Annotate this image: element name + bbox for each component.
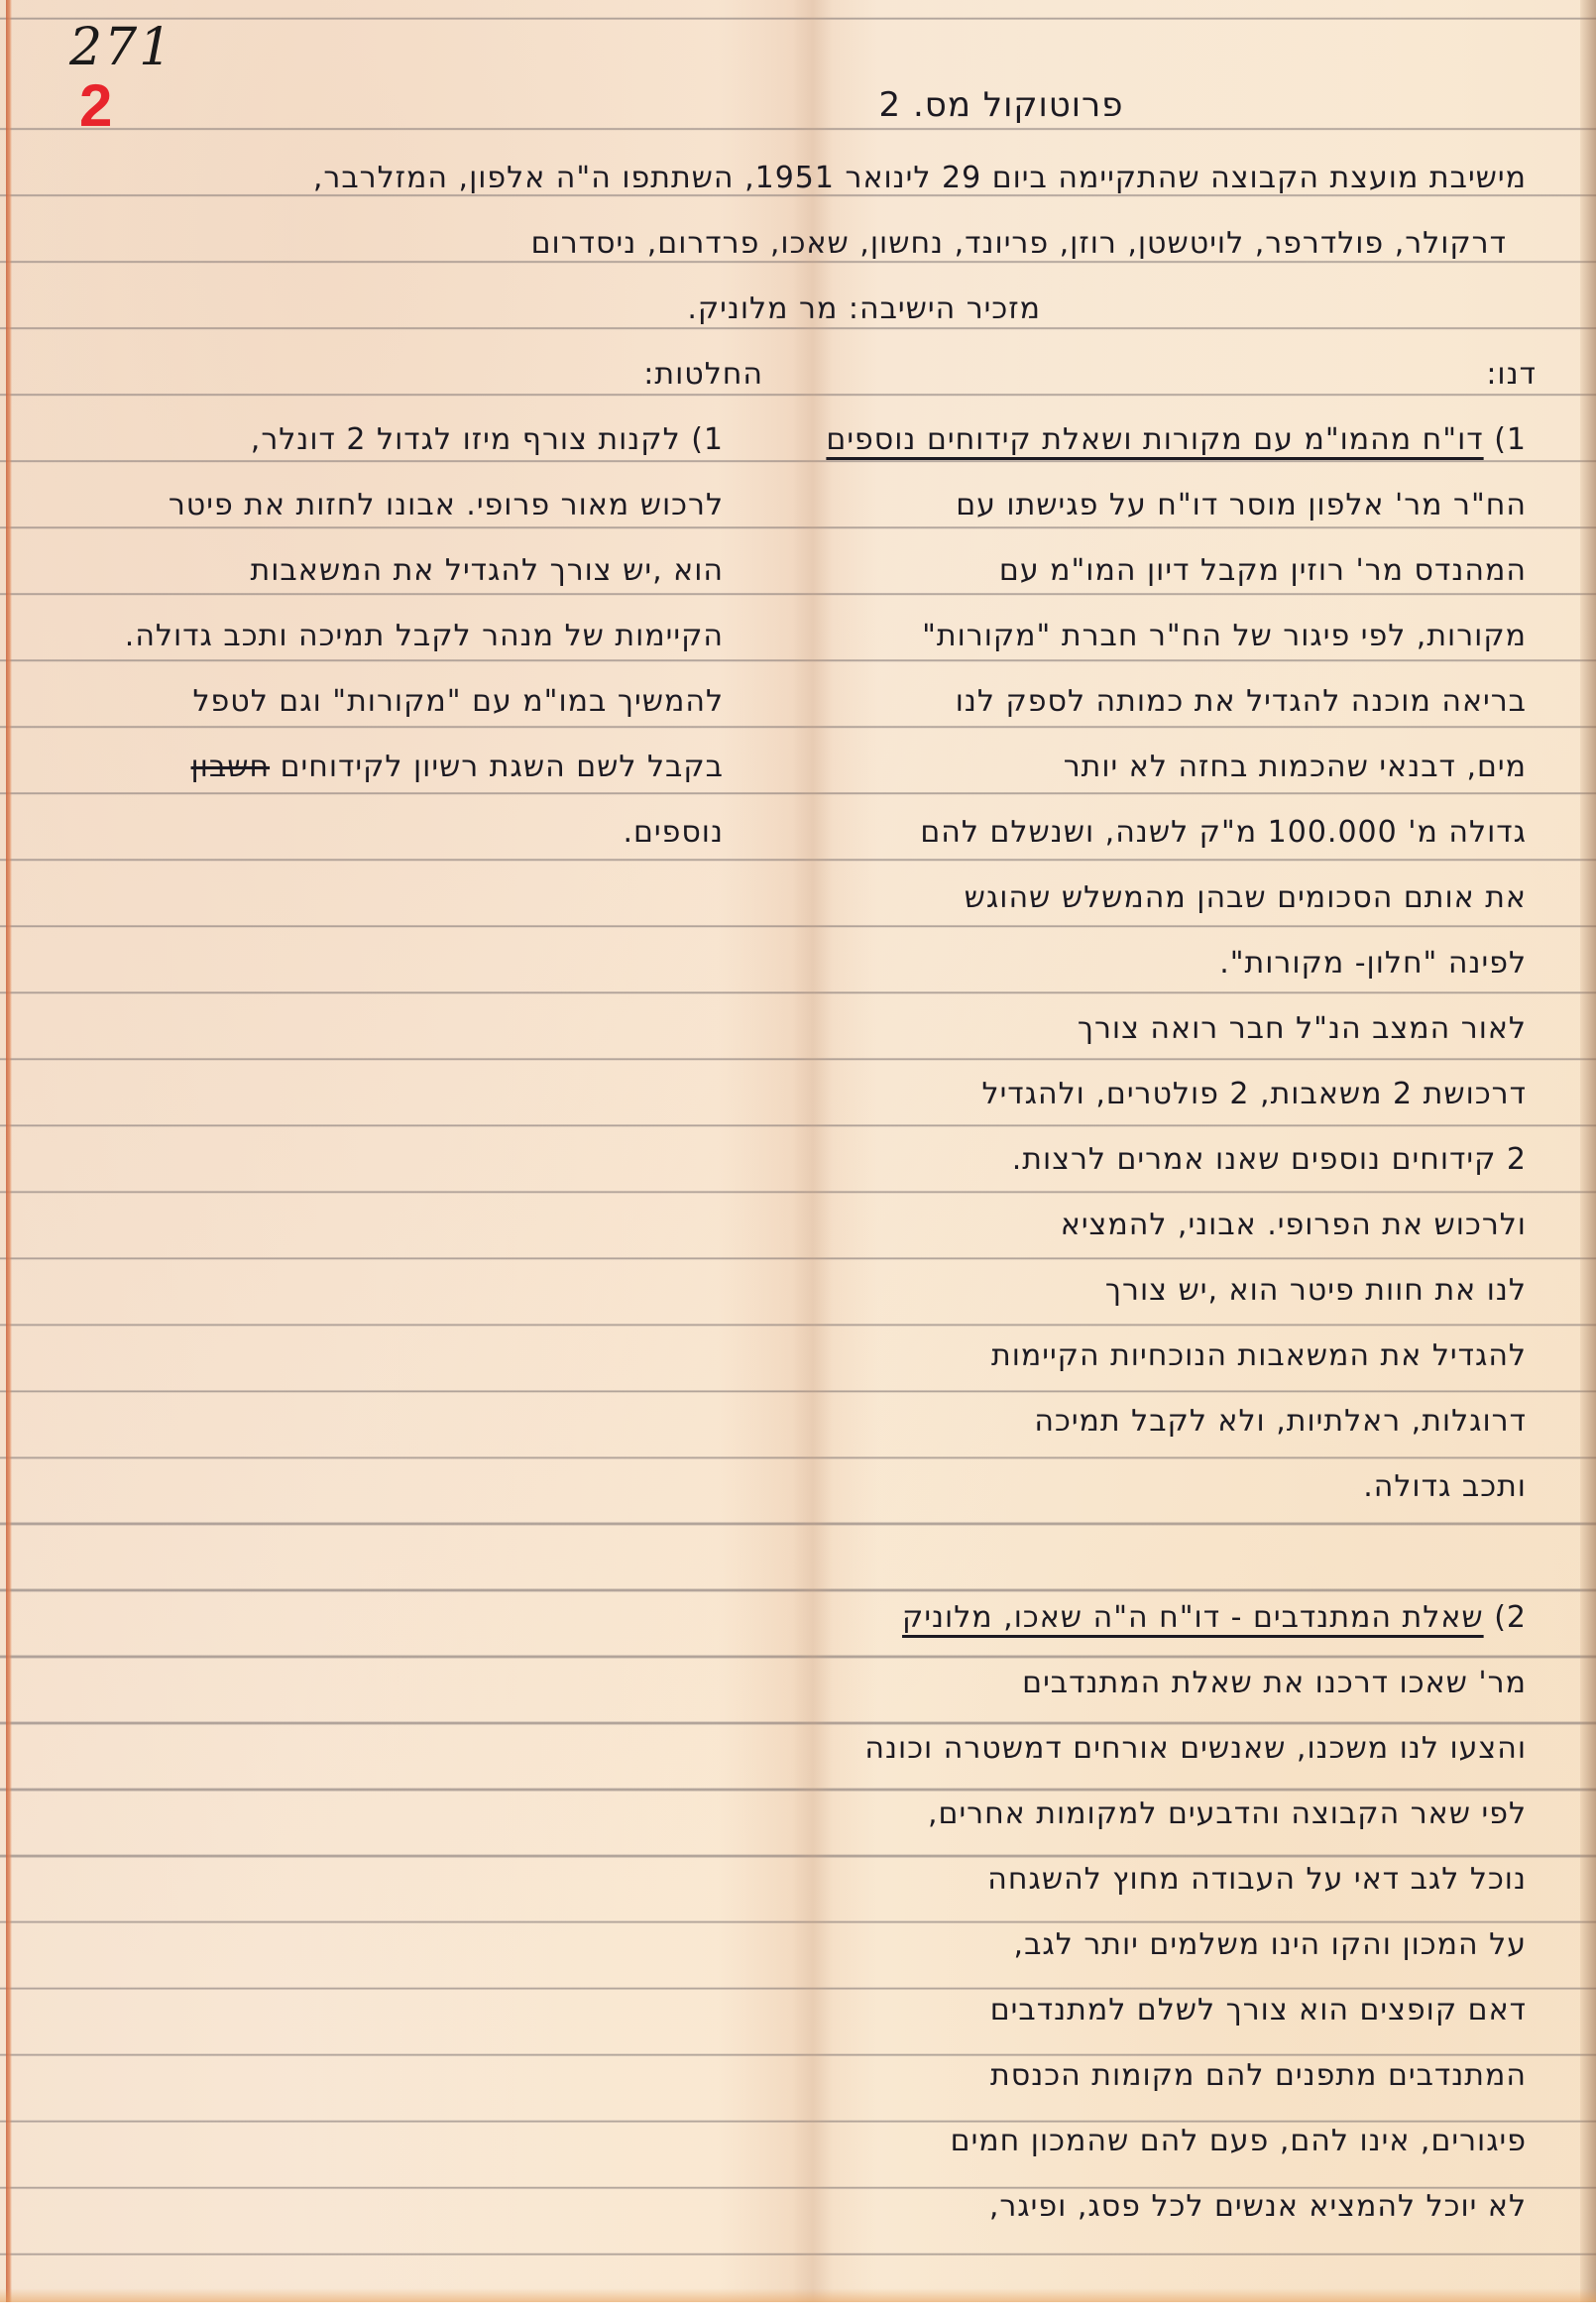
discussion-1-line: לאור המצב הנ"ל חבר רואה צורך	[773, 1009, 1527, 1049]
decision-1-line: להמשיך במו"מ עם "מקורות" וגם לטפל	[30, 682, 724, 722]
discussion-1-line: את אותם הסכומים שבהן מהמשלש שהוגש	[773, 878, 1527, 918]
header-line-secretary: מזכיר הישיבה: מר מלוניק.	[525, 290, 1041, 329]
discussion-item-1-heading: 1) דו"ח מהמו"מ עם מקורות ושאלת קידוחים נ…	[773, 420, 1527, 460]
discussion-1-line: בריאה מוכנה להגדיל את כמותה לספק לנו	[773, 682, 1527, 722]
discussion-2-line: המתנדבים מתפנים להם מקומות הכנסת	[773, 2056, 1527, 2096]
discussion-2-line: דאם קופצים הוא צורך לשלם למתנדבים	[773, 1991, 1527, 2030]
page-bottom-edge	[0, 2288, 1596, 2302]
discussion-1-line: לפינה "חלון- מקורות".	[773, 944, 1527, 984]
discussion-1-line: 2 קידוחים נוספים שאנו אמרים לרצות.	[773, 1140, 1527, 1180]
discussion-2-line: והצעו לנו משכנו, שאנשים אורחים דמשטרה וכ…	[773, 1729, 1527, 1769]
discussion-1-line: ולרכוש את הפרופי. אבוני, להמציא	[773, 1206, 1527, 1245]
discussion-1-line: גדולה מ' 100.000 מ"ק לשנה, ושנשלם להם	[773, 813, 1527, 853]
item-number: 2)	[1494, 1600, 1527, 1635]
notebook-page: 271 2 פרוטוקול מס. 2 מישיבת מועצת הקבוצה…	[0, 0, 1596, 2302]
discussion-1-line: ותכב גדולה.	[773, 1467, 1527, 1507]
decision-1-line: לרכוש מאור פרופי. אבונו לחזות את פיטר	[30, 486, 724, 525]
discussion-1-line: הח"ר מר' אלפון מוסר דו"ח על פגישתו עם	[773, 486, 1527, 525]
discussion-1-line: מים, דבנאי שהכמות בחזה לא יותר	[773, 748, 1527, 787]
discussion-2-line: נוכל לגב דאי על העבודה מחוץ להשגחה	[773, 1860, 1527, 1900]
discussed-heading: דנו:	[1338, 355, 1537, 395]
red-page-mark: 2	[79, 71, 112, 140]
discussion-item-2-heading: 2) שאלת המתנדבים - דו"ח ה"ה שאכו, מלוניק	[773, 1598, 1527, 1638]
discussion-2-line: פיגורים, אינו להם, פעם להם שהמכון חמים	[773, 2122, 1527, 2161]
discussion-1-line: המהנדס מר' רוזין מקבל דיון המו"מ עם	[773, 551, 1527, 591]
red-margin-line	[6, 0, 12, 2302]
header-line-attendees-2: דרקולר, פולדרפר, לויטשטן, רוזן, פריונד, …	[753, 224, 1507, 264]
item-heading: שאלת המתנדבים - דו"ח ה"ה שאכו, מלוניק	[902, 1600, 1484, 1635]
struck-word: חשבון	[191, 750, 271, 784]
decision-1-line-with-strike: בקבל לשם השגת רשיון לקידוחים חשבון	[30, 748, 724, 787]
decision-item-1-first-line: 1) לקנות צורף מיזו לגדול 2 דונלר,	[30, 420, 724, 460]
archive-number: 271	[69, 18, 173, 77]
discussion-1-line: להגדיל את המשאבות הנוכחיות הקיימות	[773, 1336, 1527, 1376]
discussion-1-line: לנו את חוות פיטר הוא ,יש צורך	[773, 1271, 1527, 1311]
discussion-2-line: מר' שאכו דרכנו את שאלת המתנדבים	[773, 1664, 1527, 1703]
decisions-heading: החלטות:	[565, 355, 763, 395]
discussion-2-line: לא יוכל להמציא אנשים לכל פסג, ופיגר,	[773, 2187, 1527, 2227]
item-heading: דו"ח מהמו"מ עם מקורות ושאלת קידוחים נוספ…	[826, 422, 1483, 457]
item-number: 1)	[1494, 422, 1527, 457]
decision-1-line: נוספים.	[30, 813, 724, 853]
item-number: 1)	[691, 422, 724, 457]
decision-1-line: הקיימות של מנהר לקבל תמיכה ותכב גדולה.	[30, 617, 724, 656]
decision-line: בקבל לשם השגת רשיון לקידוחים	[281, 750, 724, 784]
discussion-1-line: דרכושת 2 משאבות, 2 פולטרים, ולהגדיל	[773, 1075, 1527, 1114]
discussion-2-line: לפי שאר הקבוצה והדבעים למקומות אחרים,	[773, 1795, 1527, 1834]
header-line-attendees-1: מישיבת מועצת הקבוצה שהתקיימה ביום 29 לינ…	[79, 159, 1527, 198]
decision-1-line: הוא ,יש צורך להגדיל את המשאבות	[30, 551, 724, 591]
discussion-2-line: על המכון והקו הינו משלמים יותר לגב,	[773, 1925, 1527, 1965]
page-right-edge	[1580, 0, 1596, 2302]
discussion-1-line: מקורות, לפי פיגור של הח"ר חברת "מקורות"	[773, 617, 1527, 656]
discussion-1-line: דרוגלות, ראלתיות, ולא לקבל תמיכה	[773, 1402, 1527, 1442]
page-title: פרוטוקול מס. 2	[853, 85, 1150, 125]
decision-line: לקנות צורף מיזו לגדול 2 דונלר,	[251, 422, 681, 457]
